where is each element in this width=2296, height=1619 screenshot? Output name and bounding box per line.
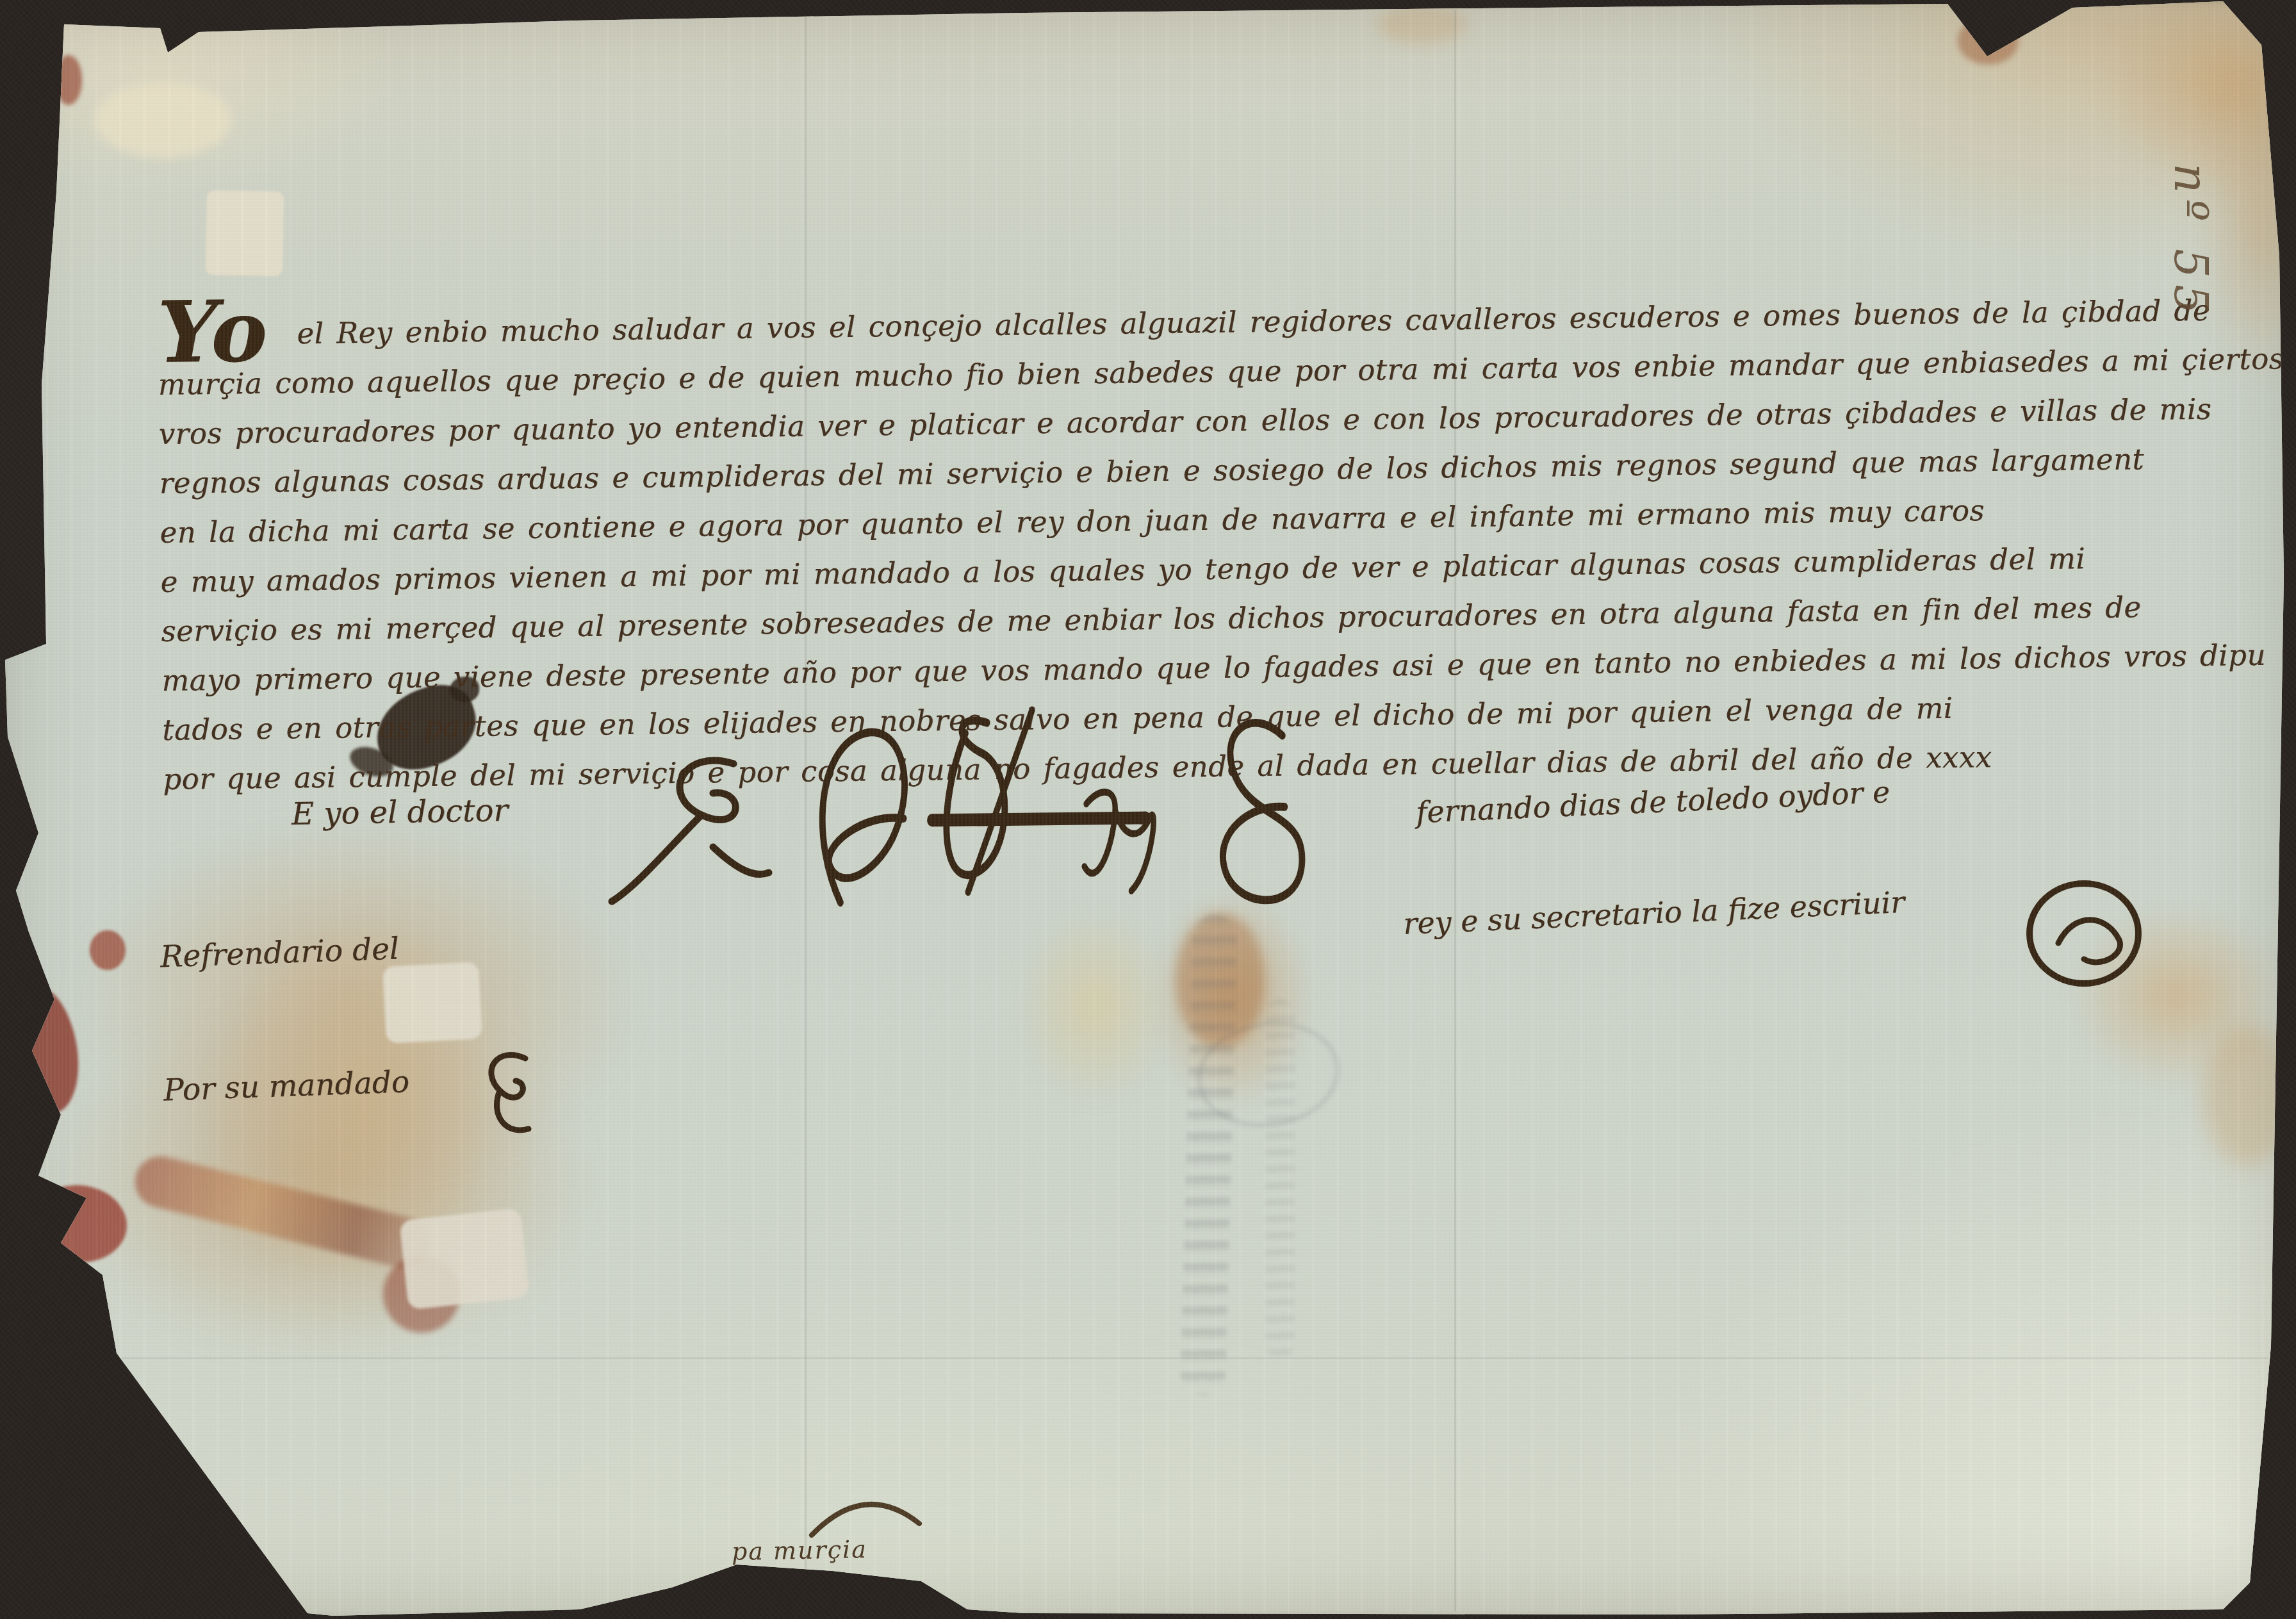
patch-light-top-left <box>95 82 232 158</box>
stain-top-center <box>1377 4 1467 45</box>
archival-number: nº 55 <box>2164 163 2218 320</box>
wax-seal-remnant-1 <box>4 982 86 1117</box>
manuscript-scan: Yo el Rey enbio mucho saludar a vos el c… <box>0 0 2296 1619</box>
stain-top-bite-edge <box>1958 17 2019 65</box>
repair-patch <box>206 190 284 276</box>
verso-showthrough-ring <box>1190 1012 1347 1137</box>
fold-crease-horizontal <box>122 1357 2268 1359</box>
smudge-bottom-left <box>25 1360 112 1440</box>
verso-showthrough-strip <box>1180 914 1238 1396</box>
docket-arc <box>804 1485 926 1540</box>
secretary-rubric-circle <box>2023 873 2145 994</box>
address-docket: pa murçia <box>732 1535 868 1566</box>
red-spot-top-left-edge <box>55 55 82 105</box>
notary-flourish <box>599 751 778 917</box>
left-attestation: E yo el doctor <box>291 793 509 832</box>
mandado-sign-flourish <box>471 1046 541 1142</box>
stain-right-middle-edge <box>2204 1025 2293 1166</box>
stain-left-large-1 <box>74 820 637 1179</box>
mandado-line: Por su mandado <box>163 1064 410 1108</box>
refrendario-line: Refrendario del <box>160 932 400 975</box>
manuscript-paper: Yo el Rey enbio mucho saludar a vos el c… <box>0 0 2296 1619</box>
wax-seal-remnant-2 <box>27 1180 131 1267</box>
secretary-attestation-line2: rey e su secretario la fize escriuir <box>1402 885 1905 941</box>
wax-streak <box>129 1151 434 1273</box>
wax-dot <box>383 1256 460 1333</box>
royal-signature-rubric: Yo el Rey <box>798 700 1361 943</box>
verso-showthrough-strip-2 <box>1265 999 1295 1358</box>
light-patch-in-stain-1 <box>382 962 482 1044</box>
light-patch-in-stain-2 <box>399 1208 530 1310</box>
wax-seal-remnant-3 <box>90 930 126 970</box>
